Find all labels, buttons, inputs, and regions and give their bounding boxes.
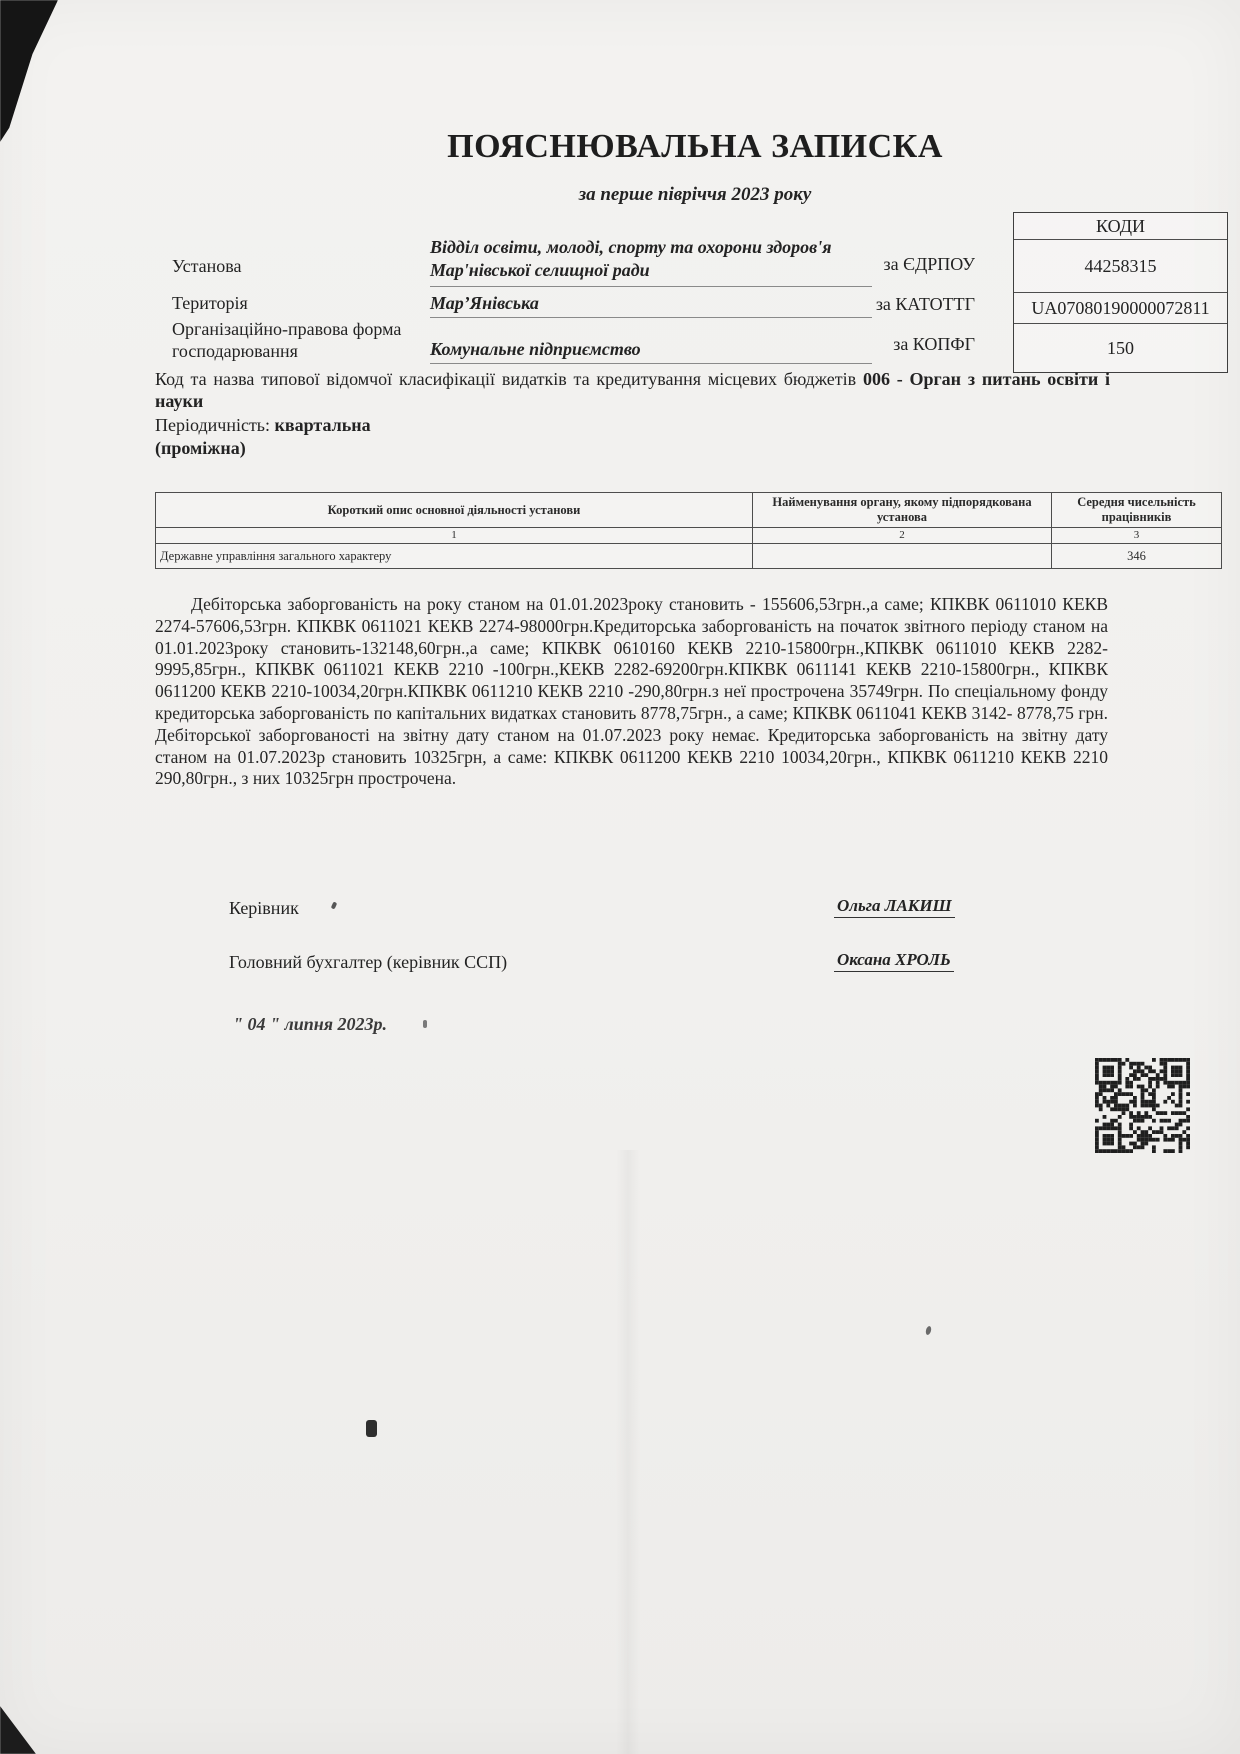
classification-line: Код та назва типової відомчої класифікац… (155, 368, 1110, 412)
territory-value: Мар’Янівська (430, 292, 872, 318)
classification-prefix: Код та назва типової відомчої класифікац… (155, 369, 863, 389)
fold-shadow-artifact (616, 1150, 640, 1754)
institution-label: Установа (172, 256, 242, 277)
table-header-row: Короткий опис основної діяльності устано… (156, 493, 1222, 528)
katottg-label: за КАТОТТГ (856, 294, 975, 315)
codes-edrpou-value: 44258315 (1014, 240, 1227, 293)
header-activity-description: Короткий опис основної діяльності устано… (156, 493, 753, 528)
table-column-number-row: 1 2 3 (156, 528, 1222, 544)
scan-corner-artifact-top-left (0, 0, 58, 142)
header-supervising-authority: Найменування органу, якому підпорядкован… (753, 493, 1052, 528)
codes-kopfg-value: 150 (1014, 324, 1227, 372)
periodicity-label: Періодичність: (155, 415, 275, 435)
speck-artifact (423, 1020, 427, 1028)
codes-box: КОДИ 44258315 UA07080190000072811 150 (1013, 212, 1228, 373)
page-subtitle: за перше півріччя 2023 року (150, 184, 1240, 206)
org-form-label: Організаційно-правова форма господарюван… (172, 318, 442, 362)
cell-activity-description: Державне управління загального характеру (156, 544, 753, 569)
cell-average-employees: 346 (1052, 544, 1222, 569)
speck-artifact (925, 1326, 932, 1336)
head-signature-label: Керівник (229, 898, 299, 919)
date-line: " 04 " липня 2023р. (233, 1014, 387, 1035)
kopfg-label: за КОПФГ (866, 334, 975, 355)
codes-box-header: КОДИ (1014, 213, 1227, 240)
ink-smudge-artifact (366, 1420, 377, 1437)
territory-label: Територія (172, 293, 248, 314)
explanatory-paragraph: Дебіторська заборгованість на року стано… (155, 594, 1108, 790)
edrpou-label: за ЄДРПОУ (860, 254, 975, 275)
page-title: ПОЯСНЮВАЛЬНА ЗАПИСКА (150, 128, 1240, 166)
activity-table: Короткий опис основної діяльності устано… (155, 492, 1222, 569)
accountant-signature-name: Оксана ХРОЛЬ (834, 950, 954, 972)
periodicity-line: Періодичність: квартальна (проміжна) (155, 414, 417, 460)
column-number: 2 (753, 528, 1052, 544)
scan-corner-artifact-bottom-left (0, 1706, 36, 1754)
table-row: Державне управління загального характеру… (156, 544, 1222, 569)
qr-code (1095, 1058, 1190, 1153)
column-number: 3 (1052, 528, 1222, 544)
column-number: 1 (156, 528, 753, 544)
codes-katottg-value: UA07080190000072811 (1014, 293, 1227, 324)
org-form-value: Комунальне підприємство (430, 338, 872, 364)
cell-supervising-authority (753, 544, 1052, 569)
scanned-document-page: ПОЯСНЮВАЛЬНА ЗАПИСКА за перше півріччя 2… (0, 0, 1240, 1754)
header-average-employees: Середня чисельність працівників (1052, 493, 1222, 528)
head-signature-name: Ольга ЛАКИШ (834, 896, 955, 918)
accountant-signature-label: Головний бухгалтер (керівник ССП) (229, 952, 507, 973)
institution-value: Відділ освіти, молоді, спорту та охорони… (430, 236, 872, 287)
pen-tick-artifact (331, 901, 338, 909)
